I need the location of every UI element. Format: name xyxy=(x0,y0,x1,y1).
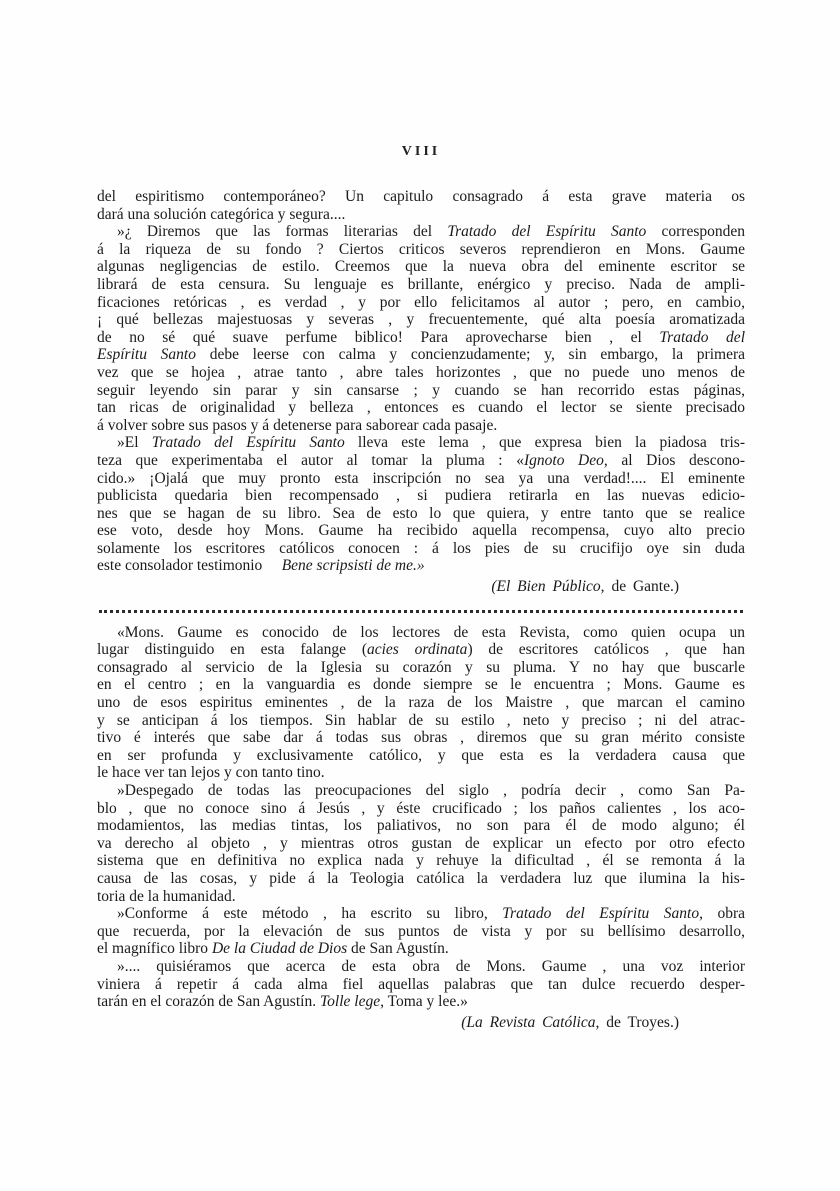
paragraph: »Despegado de todas las preocupaciones d… xyxy=(97,782,745,905)
text-line: seguir leyendo sin parar y sin cansarse … xyxy=(97,382,745,400)
paragraph: «Mons. Gaume es conocido de los lectores… xyxy=(97,624,745,782)
text-line: «Mons. Gaume es conocido de los lectores… xyxy=(97,624,745,642)
text: consagrado al servicio de la Iglesia su … xyxy=(97,659,745,676)
text: causa de las cosas, y pide á la Teologia… xyxy=(97,870,745,887)
text-line: en el centro ; en la vanguardia es donde… xyxy=(97,676,745,694)
text: el magnífico libro xyxy=(97,940,212,957)
text: á volver sobre sus pasos y á detenerse p… xyxy=(97,417,497,434)
page-number: VIII xyxy=(97,144,745,160)
text: á la riqueza de su fondo ? Ciertos criti… xyxy=(97,241,745,258)
text-line: ¡ qué bellezas majestuosas y severas , y… xyxy=(97,311,745,329)
text: viniera á repetir á cada alma fiel aquel… xyxy=(97,976,745,993)
italic-text: De la Ciudad de Dios xyxy=(212,940,347,957)
text: sistema que en definitiva no explica nad… xyxy=(97,852,745,869)
text-line: de no sé qué suave perfume biblico! Para… xyxy=(97,329,745,347)
text-line: Espíritu Santo debe leerse con calma y c… xyxy=(97,346,745,364)
text: »¿ Diremos que las formas literarias del xyxy=(117,223,447,240)
italic-text: Tolle lege, xyxy=(320,993,384,1010)
text: ».... quisiéramos que acerca de esta obr… xyxy=(117,958,745,975)
text-line: publicista quedaria bien recompensado , … xyxy=(97,487,745,505)
text-line: modamientos, las medias tintas, los pali… xyxy=(97,817,745,835)
text-line: nes que se hagan de su libro. Sea de est… xyxy=(97,505,745,523)
text-line: le hace ver tan lejos y con tanto tino. xyxy=(97,764,745,782)
italic-text: Tratado del Espíritu Santo xyxy=(447,223,646,240)
text-line: lugar distinguido en esta falange (acies… xyxy=(97,641,745,659)
italic-text: (La Revista Católica, xyxy=(461,1014,599,1031)
text-line: »Conforme á este método , ha escrito su … xyxy=(97,905,745,923)
text-line: á la riqueza de su fondo ? Ciertos criti… xyxy=(97,241,745,259)
text-line: teza que experimentaba el autor al tomar… xyxy=(97,452,745,470)
text-line: cido.» ¡Ojalá que muy pronto esta inscri… xyxy=(97,470,745,488)
text-line: tivo é interés que sabe dar á todas sus … xyxy=(97,729,745,747)
text: va derecho al objeto , y mientras otros … xyxy=(97,835,745,852)
text: en el centro ; en la vanguardia es donde… xyxy=(97,676,745,693)
text: corresponden xyxy=(646,223,745,240)
text-line: blo , que no conoce sino á Jesús , y ést… xyxy=(97,800,745,818)
text-line: solamente los escritores católicos conoc… xyxy=(97,540,745,558)
italic-text: Espíritu Santo xyxy=(97,346,196,363)
text-line: dará una solución categórica y segura...… xyxy=(97,206,745,224)
text: y se anticipan á los tiempos. Sin hablar… xyxy=(97,712,745,729)
text-line: va derecho al objeto , y mientras otros … xyxy=(97,835,745,853)
text: ) de escritores católicos , que han xyxy=(467,641,745,658)
text-line: consagrado al servicio de la Iglesia su … xyxy=(97,659,745,677)
text: le hace ver tan lejos y con tanto tino. xyxy=(97,764,325,781)
text-line: tan ricas de originalidad y belleza , en… xyxy=(97,399,745,417)
text-line: este consolador testimonio Bene scripsis… xyxy=(97,557,745,575)
italic-text: Bene scripsisti de me.» xyxy=(282,557,425,574)
text-line: del espiritismo contemporáneo? Un capitu… xyxy=(97,188,745,206)
text: de Gante.) xyxy=(605,578,679,595)
text: Toma y lee.» xyxy=(384,993,468,1010)
text: tivo é interés que sabe dar á todas sus … xyxy=(97,729,745,746)
text-line: viniera á repetir á cada alma fiel aquel… xyxy=(97,976,745,994)
text: en ser profunda y exclusivamente católic… xyxy=(97,747,745,764)
text: del espiritismo contemporáneo? Un capitu… xyxy=(97,188,745,205)
text: »El xyxy=(117,434,152,451)
text: lleva este lema , que expresa bien la pi… xyxy=(345,434,745,451)
text-line: sistema que en definitiva no explica nad… xyxy=(97,852,745,870)
source-attribution: (La Revista Católica, de Troyes.) xyxy=(97,1014,745,1032)
paragraph: ».... quisiéramos que acerca de esta obr… xyxy=(97,958,745,1011)
text-line: que recuerda, por la elevación de sus pu… xyxy=(97,923,745,941)
text: »Conforme á este método , ha escrito su … xyxy=(117,905,502,922)
text: , al Dios descono- xyxy=(604,452,745,469)
text: «Mons. Gaume es conocido de los lectores… xyxy=(117,624,745,641)
text: , obra xyxy=(699,905,745,922)
text: uno de esos espiritus eminentes , de la … xyxy=(97,694,745,711)
text-line: toria de la humanidad. xyxy=(97,888,745,906)
text-line: ficaciones retóricas , es verdad , y por… xyxy=(97,294,745,312)
text-line: á volver sobre sus pasos y á detenerse p… xyxy=(97,417,745,435)
text-line: causa de las cosas, y pide á la Teologia… xyxy=(97,870,745,888)
paragraph: »¿ Diremos que las formas literarias del… xyxy=(97,223,745,434)
text: publicista quedaria bien recompensado , … xyxy=(97,487,745,504)
text-line: »El Tratado del Espíritu Santo lleva est… xyxy=(97,434,745,452)
text-line: el magnífico libro De la Ciudad de Dios … xyxy=(97,940,745,958)
text: ¡ qué bellezas majestuosas y severas , y… xyxy=(97,311,745,328)
italic-text: Tratado del xyxy=(659,329,745,346)
text: librará de esta censura. Su lenguaje es … xyxy=(97,276,745,293)
text: teza que experimentaba el autor al tomar… xyxy=(97,452,524,469)
text-line: algunas negligencias de estilo. Creemos … xyxy=(97,258,745,276)
text: tarán en el corazón de San Agustín. xyxy=(97,993,320,1010)
text-line: ».... quisiéramos que acerca de esta obr… xyxy=(97,958,745,976)
source-attribution: (El Bien Público, de Gante.) xyxy=(97,578,745,596)
text: nes que se hagan de su libro. Sea de est… xyxy=(97,505,745,522)
italic-text: (El Bien Público, xyxy=(491,578,604,595)
text: »Despegado de todas las preocupaciones d… xyxy=(117,782,745,799)
text: de Troyes.) xyxy=(599,1014,679,1031)
text: ese voto, desde hoy Mons. Gaume ha recib… xyxy=(97,522,745,539)
text: ficaciones retóricas , es verdad , y por… xyxy=(97,294,745,311)
dotted-separator xyxy=(99,610,743,613)
text-line: uno de esos espiritus eminentes , de la … xyxy=(97,694,745,712)
text: vez que se hojea , atrae tanto , abre ta… xyxy=(97,364,745,381)
text-line: y se anticipan á los tiempos. Sin hablar… xyxy=(97,712,745,730)
text-line: ese voto, desde hoy Mons. Gaume ha recib… xyxy=(97,522,745,540)
text-line: vez que se hojea , atrae tanto , abre ta… xyxy=(97,364,745,382)
text-line: librará de esta censura. Su lenguaje es … xyxy=(97,276,745,294)
text: lugar distinguido en esta falange ( xyxy=(97,641,367,658)
text: seguir leyendo sin parar y sin cansarse … xyxy=(97,382,745,399)
text: modamientos, las medias tintas, los pali… xyxy=(97,817,745,834)
italic-text: Tratado del Espíritu Santo xyxy=(502,905,699,922)
text: debe leerse con calma y concienzudamente… xyxy=(196,346,745,363)
text: tan ricas de originalidad y belleza , en… xyxy=(97,399,745,416)
paragraph: »Conforme á este método , ha escrito su … xyxy=(97,905,745,958)
paragraph: »El Tratado del Espíritu Santo lleva est… xyxy=(97,434,745,575)
text: de no sé qué suave perfume biblico! Para… xyxy=(97,329,659,346)
italic-text: Ignoto Deo xyxy=(524,452,604,469)
text: solamente los escritores católicos conoc… xyxy=(97,540,745,557)
text: blo , que no conoce sino á Jesús , y ést… xyxy=(97,800,745,817)
text-line: »¿ Diremos que las formas literarias del… xyxy=(97,223,745,241)
text-line: tarán en el corazón de San Agustín. Toll… xyxy=(97,993,745,1011)
scanned-book-page: VIII del espiritismo contemporáneo? Un c… xyxy=(0,0,840,1191)
text: cido.» ¡Ojalá que muy pronto esta inscri… xyxy=(97,470,745,487)
text: este consolador testimonio xyxy=(97,557,282,574)
text: de San Agustín. xyxy=(347,940,449,957)
text: dará una solución categórica y segura...… xyxy=(97,206,345,223)
text-line: »Despegado de todas las preocupaciones d… xyxy=(97,782,745,800)
italic-text: acies ordinata xyxy=(367,641,467,658)
text: toria de la humanidad. xyxy=(97,888,236,905)
text-line: en ser profunda y exclusivamente católic… xyxy=(97,747,745,765)
text: algunas negligencias de estilo. Creemos … xyxy=(97,258,745,275)
italic-text: Tratado del Espíritu Santo xyxy=(152,434,345,451)
paragraph: del espiritismo contemporáneo? Un capitu… xyxy=(97,188,745,223)
text: que recuerda, por la elevación de sus pu… xyxy=(97,923,745,940)
text-body: del espiritismo contemporáneo? Un capitu… xyxy=(97,188,745,1031)
